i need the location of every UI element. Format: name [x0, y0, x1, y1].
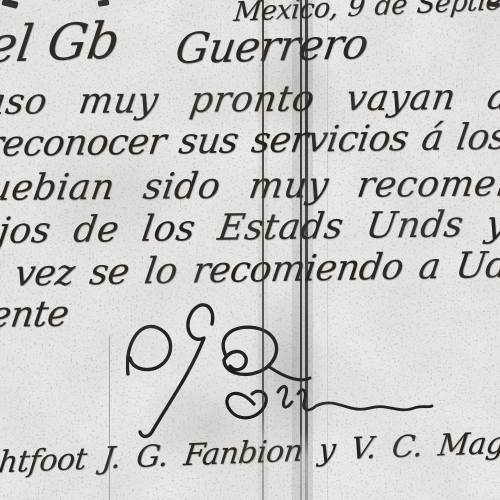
- signature-rubric: [126, 282, 436, 447]
- salutation-el-gb: el Gb: [0, 11, 123, 74]
- salutation-guerrero: Guerrero: [172, 19, 371, 73]
- scanned-letter-page: Mexico, 9 de Septie el Gb Guerrero aso m…: [0, 0, 500, 500]
- body-line-6: ente: [0, 294, 71, 336]
- top-edge-stroke-mark: [98, 0, 110, 7]
- fold-line-left: [262, 0, 264, 500]
- fold-line-right-1: [300, 0, 302, 500]
- body-line-1: aso muy pronto vayan a: [0, 76, 500, 123]
- fold-line-right-2: [305, 0, 308, 500]
- body-line-2: reconocer sus servicios á los: [0, 117, 500, 165]
- fold-line-faint-lower-left: [109, 336, 110, 500]
- body-line-3: uebian sido muy recomend: [0, 163, 500, 209]
- fold-line-faint-right: [327, 0, 328, 500]
- top-edge-stroke-mark: [1, 0, 18, 9]
- body-line-4: ijos de los Estads Unds y: [0, 204, 500, 252]
